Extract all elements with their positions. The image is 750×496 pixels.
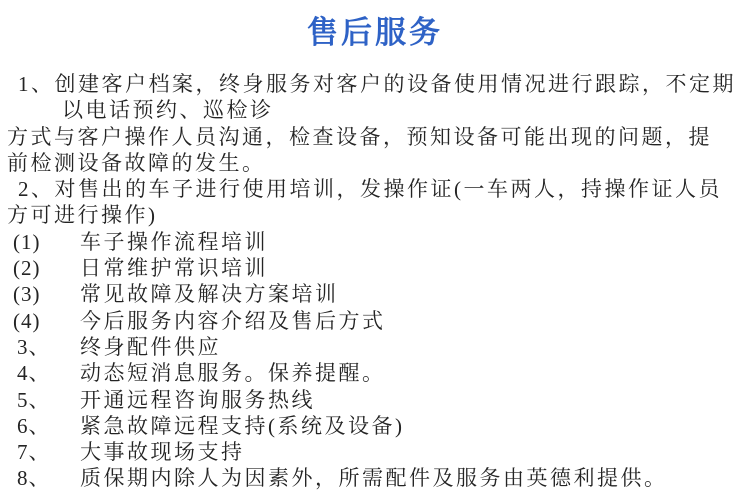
list-text: 常见故障及解决方案培训 [80,282,339,306]
sub-item-1: (1)车子操作流程培训 [0,229,750,255]
list-marker: (2) [13,255,80,281]
list-marker: 7、 [17,439,80,465]
list-item-2-line-1: 2、对售出的车子进行使用培训，发操作证(一车两人，持操作证人员 [0,176,750,202]
list-item-1-line-2: 以电话预约、巡检诊 [0,97,750,123]
list-marker: 1、 [18,72,55,96]
list-text: 终身配件供应 [80,335,221,359]
list-text: 紧急故障远程支持(系统及设备) [80,414,405,438]
list-text: 日常维护常识培训 [80,256,268,280]
list-marker: 6、 [17,413,80,439]
list-item-4: 4、动态短消息服务。保养提醒。 [0,360,750,386]
sub-item-4: (4)今后服务内容介绍及售后方式 [0,308,750,334]
list-text: 方可进行操作) [7,203,158,227]
list-text: 对售出的车子进行使用培训，发操作证(一车两人，持操作证人员 [55,177,723,201]
list-marker: (1) [13,229,80,255]
list-marker: 4、 [17,360,80,386]
list-text: 前检测设备故障的发生。 [7,151,266,175]
list-text: 方式与客户操作人员沟通，检查设备，预知设备可能出现的问题，提 [7,125,712,149]
page-title: 售后服务 [0,0,750,53]
list-item-5: 5、开通远程咨询服务热线 [0,387,750,413]
list-text: 以电话预约、巡检诊 [62,98,274,122]
sub-item-2: (2)日常维护常识培训 [0,255,750,281]
document-body: 1、创建客户档案，终身服务对客户的设备使用情况进行跟踪，不定期 以电话预约、巡检… [0,71,750,492]
list-marker: 3、 [17,334,80,360]
list-item-1-line-4: 前检测设备故障的发生。 [0,150,750,176]
list-item-7: 7、大事故现场支持 [0,439,750,465]
list-marker: (3) [13,281,80,307]
list-text: 质保期内除人为因素外，所需配件及服务由英德利提供。 [80,466,668,490]
list-marker: 2、 [18,177,55,201]
list-item-2-line-2: 方可进行操作) [0,202,750,228]
sub-item-3: (3)常见故障及解决方案培训 [0,281,750,307]
list-text: 开通远程咨询服务热线 [80,388,315,412]
list-item-6: 6、紧急故障远程支持(系统及设备) [0,413,750,439]
list-text: 大事故现场支持 [80,440,245,464]
list-marker: (4) [13,308,80,334]
document-page: 售后服务 1、创建客户档案，终身服务对客户的设备使用情况进行跟踪，不定期 以电话… [0,0,750,496]
list-text: 今后服务内容介绍及售后方式 [80,309,386,333]
list-item-3: 3、终身配件供应 [0,334,750,360]
list-text: 创建客户档案，终身服务对客户的设备使用情况进行跟踪，不定期 [55,72,737,96]
list-marker: 8、 [17,465,80,491]
list-text: 车子操作流程培训 [80,230,268,254]
list-item-1-line-3: 方式与客户操作人员沟通，检查设备，预知设备可能出现的问题，提 [0,124,750,150]
list-text: 动态短消息服务。保养提醒。 [80,361,386,385]
list-item-8: 8、质保期内除人为因素外，所需配件及服务由英德利提供。 [0,465,750,491]
list-marker: 5、 [17,387,80,413]
list-item-1-line-1: 1、创建客户档案，终身服务对客户的设备使用情况进行跟踪，不定期 [0,71,750,97]
